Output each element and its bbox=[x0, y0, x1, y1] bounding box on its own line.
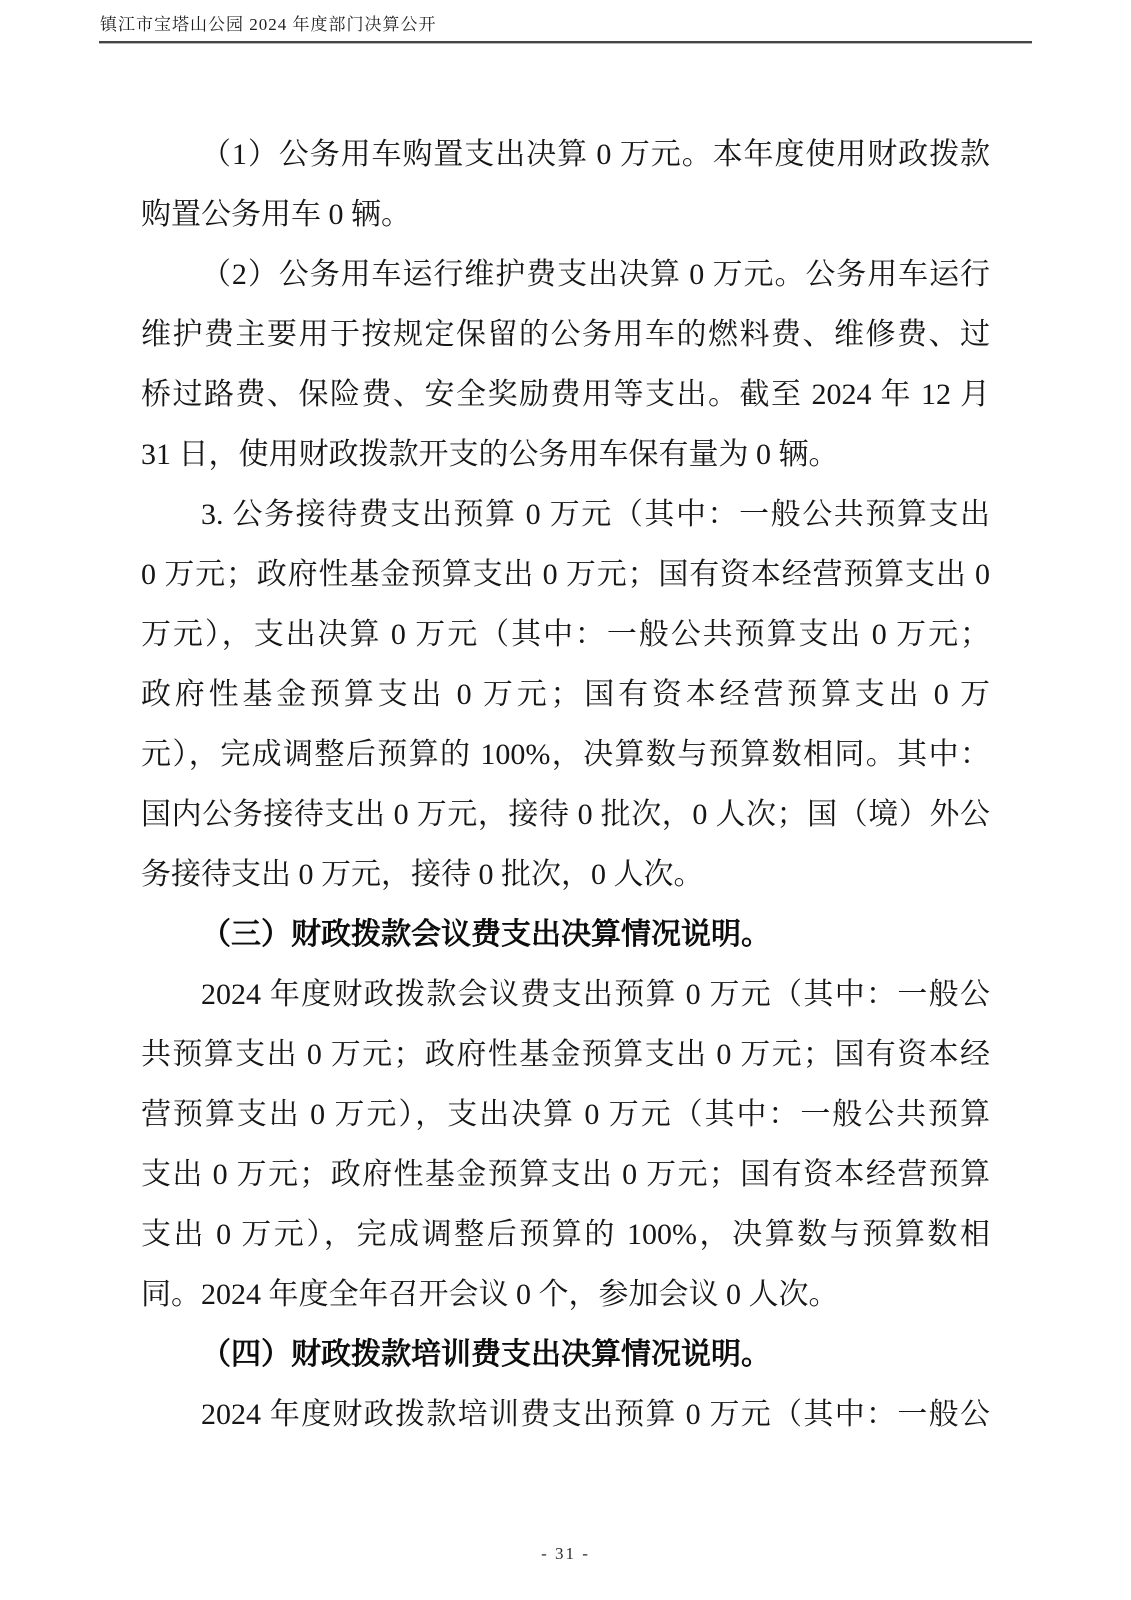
paragraph-line: （2）公务用车运行维护费支出决算 0 万元。公务用车运行 bbox=[141, 245, 990, 305]
paragraph-line: 务接待支出 0 万元，接待 0 批次，0 人次。 bbox=[141, 845, 990, 905]
paragraph-line: 元），完成调整后预算的 100%，决算数与预算数相同。其中： bbox=[141, 725, 990, 785]
paragraph-line: 购置公务用车 0 辆。 bbox=[141, 185, 990, 245]
paragraph-line: 维护费主要用于按规定保留的公务用车的燃料费、维修费、过 bbox=[141, 305, 990, 365]
paragraph-line: 支出 0 万元；政府性基金预算支出 0 万元；国有资本经营预算 bbox=[141, 1145, 990, 1205]
document-body: （1）公务用车购置支出决算 0 万元。本年度使用财政拨款购置公务用车 0 辆。（… bbox=[141, 125, 990, 1445]
document-page: 镇江市宝塔山公园 2024 年度部门决算公开 （1）公务用车购置支出决算 0 万… bbox=[0, 0, 1131, 1600]
section-heading: （三）财政拨款会议费支出决算情况说明。 bbox=[141, 905, 990, 965]
section-heading: （四）财政拨款培训费支出决算情况说明。 bbox=[141, 1325, 990, 1385]
paragraph-line: 0 万元；政府性基金预算支出 0 万元；国有资本经营预算支出 0 bbox=[141, 545, 990, 605]
paragraph-line: （1）公务用车购置支出决算 0 万元。本年度使用财政拨款 bbox=[141, 125, 990, 185]
running-header-title: 镇江市宝塔山公园 2024 年度部门决算公开 bbox=[100, 13, 437, 37]
paragraph-line: 3. 公务接待费支出预算 0 万元（其中：一般公共预算支出 bbox=[141, 485, 990, 545]
page-number: - 31 - bbox=[0, 1542, 1131, 1566]
paragraph-line: 共预算支出 0 万元；政府性基金预算支出 0 万元；国有资本经 bbox=[141, 1025, 990, 1085]
paragraph-line: 同。2024 年度全年召开会议 0 个，参加会议 0 人次。 bbox=[141, 1265, 990, 1325]
paragraph-line: 国内公务接待支出 0 万元，接待 0 批次，0 人次；国（境）外公 bbox=[141, 785, 990, 845]
paragraph-line: 2024 年度财政拨款会议费支出预算 0 万元（其中：一般公 bbox=[141, 965, 990, 1025]
paragraph-line: 桥过路费、保险费、安全奖励费用等支出。截至 2024 年 12 月 bbox=[141, 365, 990, 425]
paragraph-line: 支出 0 万元），完成调整后预算的 100%，决算数与预算数相 bbox=[141, 1205, 990, 1265]
paragraph-line: 营预算支出 0 万元），支出决算 0 万元（其中：一般公共预算 bbox=[141, 1085, 990, 1145]
paragraph-line: 31 日，使用财政拨款开支的公务用车保有量为 0 辆。 bbox=[141, 425, 990, 485]
paragraph-line: 万元），支出决算 0 万元（其中：一般公共预算支出 0 万元； bbox=[141, 605, 990, 665]
paragraph-line: 政府性基金预算支出 0 万元；国有资本经营预算支出 0 万 bbox=[141, 665, 990, 725]
header-rule bbox=[99, 41, 1032, 44]
paragraph-line: 2024 年度财政拨款培训费支出预算 0 万元（其中：一般公 bbox=[141, 1385, 990, 1445]
